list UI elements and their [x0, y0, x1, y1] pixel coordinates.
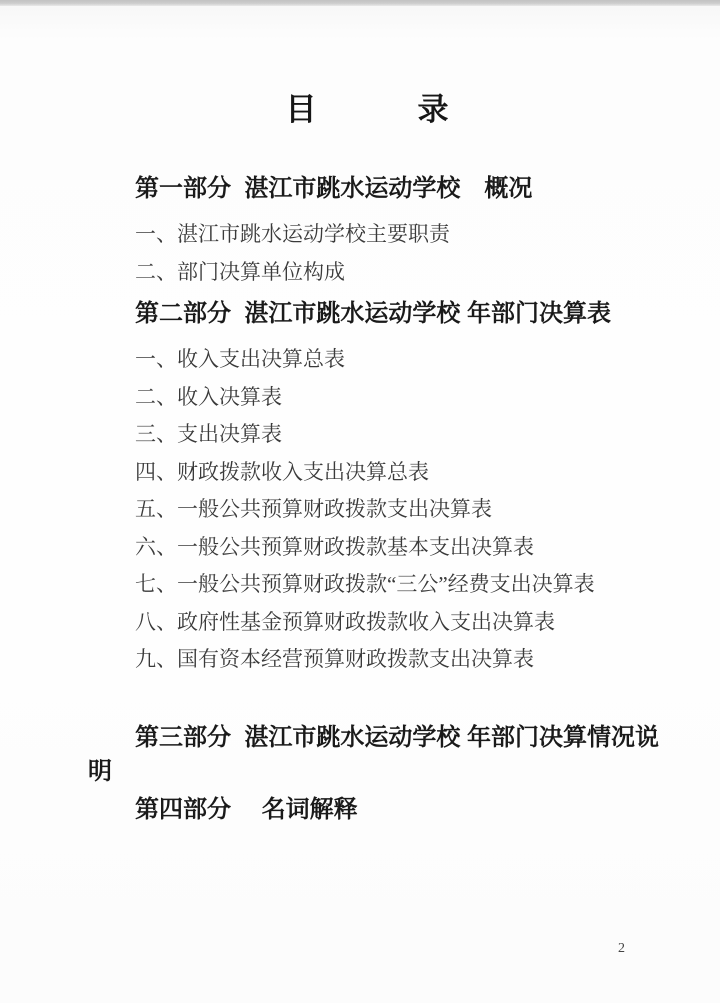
toc-item: 七、一般公共预算财政拨款“三公”经费支出决算表	[135, 566, 720, 604]
toc-item: 三、支出决算表	[135, 416, 720, 454]
toc-item: 一、湛江市跳水运动学校主要职责	[135, 216, 720, 254]
toc-part3-heading-line2: 明	[88, 755, 720, 789]
toc-item: 六、一般公共预算财政拨款基本支出决算表	[135, 529, 720, 567]
toc-part2-heading: 第二部分 湛江市跳水运动学校 年部门决算表	[135, 299, 720, 329]
toc-part3-heading-line1: 第三部分 湛江市跳水运动学校 年部门决算情况说	[135, 721, 720, 755]
toc-item: 二、收入决算表	[135, 379, 720, 417]
toc-item: 九、国有资本经营预算财政拨款支出决算表	[135, 641, 720, 679]
toc-item: 五、一般公共预算财政拨款支出决算表	[135, 491, 720, 529]
page-title: 目 录	[8, 0, 720, 130]
page-number: 2	[618, 941, 625, 957]
toc-item: 一、收入支出决算总表	[135, 341, 720, 379]
toc-item: 四、财政拨款收入支出决算总表	[135, 454, 720, 492]
toc-item: 八、政府性基金预算财政拨款收入支出决算表	[135, 604, 720, 642]
document-page: 目 录 第一部分 湛江市跳水运动学校 概况 一、湛江市跳水运动学校主要职责 二、…	[0, 0, 720, 1003]
table-of-contents: 第一部分 湛江市跳水运动学校 概况 一、湛江市跳水运动学校主要职责 二、部门决算…	[0, 174, 720, 827]
toc-item: 二、部门决算单位构成	[135, 254, 720, 292]
toc-part1-heading: 第一部分 湛江市跳水运动学校 概况	[135, 174, 720, 204]
toc-part4-heading: 第四部分 名词解释	[135, 793, 720, 827]
